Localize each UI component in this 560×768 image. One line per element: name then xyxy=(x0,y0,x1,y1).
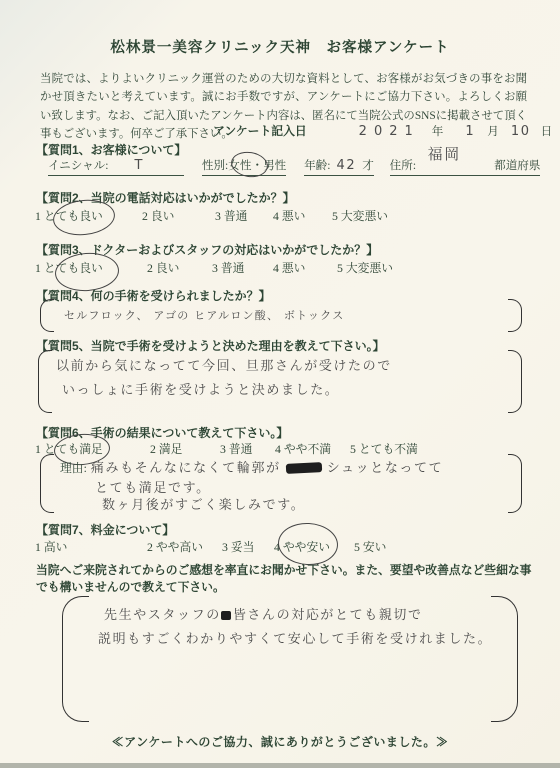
age-field: 年齢:42才 xyxy=(304,157,374,176)
q7-option-5: 5 安い xyxy=(354,538,386,555)
date-day-unit: 日 xyxy=(541,125,553,138)
q2-option-2: 2 良い xyxy=(142,207,174,224)
q6-reason-box: 理由: 痛みもそんなになくて輪郭がシュッとなってて とても満足です。 数ヶ月後が… xyxy=(40,454,522,513)
q6-reason-label: 理由: xyxy=(60,461,87,475)
address-value-handwritten: 福岡 xyxy=(428,143,461,164)
q5-left-bracket xyxy=(38,350,52,413)
q2-option-1: 1 とても良い xyxy=(35,207,103,224)
q6-reason-line3-handwritten: 数ヶ月後がすごく楽しみです。 xyxy=(102,494,305,513)
q7-heading: 【質問7、料金について】 xyxy=(36,521,174,538)
gender-label: 性別: xyxy=(202,159,228,172)
q4-answer-handwritten: セルフロック、 アゴの ヒアルロン酸、 ボトックス xyxy=(64,307,344,323)
address-label: 住所: xyxy=(390,159,416,172)
initial-field: イニシャル:T xyxy=(48,157,184,176)
q3-option-2: 2 良い xyxy=(147,259,179,276)
q3-heading: 【質問3、ドクターおよびスタッフの対応はいかがでしたか？】 xyxy=(36,241,378,258)
q2-option-4: 4 悪い xyxy=(273,207,305,224)
q5-answer-box: 以前から気になってて今回、旦那さんが受けたので いっしょに手術を受けようと決めま… xyxy=(38,350,522,413)
feedback-left-bracket xyxy=(62,596,89,722)
q6-left-bracket xyxy=(40,454,54,513)
q6-reason-line1b-handwritten: シュッとなってて xyxy=(327,461,444,476)
q2-options-row: 1 とても良い 2 良い 3 普通 4 悪い 5 大変悪い xyxy=(35,207,525,225)
q1-heading: 【質問1、お客様について】 xyxy=(36,141,186,158)
q3-option-5: 5 大変悪い xyxy=(337,259,393,276)
initial-label: イニシャル: xyxy=(48,159,109,172)
q1-fields-row: イニシャル:T 性別:女性・男性 年齢:42才 住所:都道府県 福岡 xyxy=(48,157,540,176)
date-label: アンケート記入日 xyxy=(213,124,307,138)
initial-value-handwritten: T xyxy=(135,158,145,173)
redaction-dot xyxy=(221,611,231,620)
survey-scan-page: 松林景一美容クリニック天神 お客様アンケート 当院では、よりよいクリニック運営の… xyxy=(0,0,560,768)
q5-answer-line1-handwritten: 以前から気になってて今回、旦那さんが受けたので xyxy=(56,355,392,374)
date-month-unit: 月 xyxy=(487,125,499,138)
q6-right-bracket xyxy=(508,454,522,513)
feedback-right-bracket xyxy=(491,596,518,722)
q6-heading: 【質問6、手術の結果について教えて下さい。】 xyxy=(36,424,288,441)
feedback-line1b-handwritten: 皆さんの対応がとても親切で xyxy=(233,608,423,623)
age-unit: 才 xyxy=(362,159,374,172)
page-title: 松林景一美容クリニック天神 お客様アンケート xyxy=(0,36,560,57)
q7-option-1: 1 高い xyxy=(35,538,67,555)
q2-heading: 【質問2、当院の電話対応はいかがでしたか？】 xyxy=(36,189,295,206)
q4-right-bracket xyxy=(508,299,522,332)
q2-option-5: 5 大変悪い xyxy=(332,207,388,224)
q6-reason-line1a-handwritten: 痛みもそんなになくて輪郭が xyxy=(91,461,281,476)
q7-option-4: 4 やや安い xyxy=(274,538,330,555)
q7-option-3: 3 妥当 xyxy=(222,538,254,555)
date-year-unit: 年 xyxy=(432,125,444,138)
date-row: アンケート記入日 2021 年 1 月 10 日 xyxy=(213,122,552,140)
q4-left-bracket xyxy=(40,299,54,332)
date-month-handwritten: 1 xyxy=(465,124,475,139)
scan-edge-artifact xyxy=(0,763,560,768)
q2-option-3: 3 普通 xyxy=(215,207,247,224)
age-label: 年齢: xyxy=(304,159,330,172)
feedback-prompt: 当院へご来院されてからのご感想を率直にお聞かせ下さい。また、要望や改善点など些細… xyxy=(36,562,536,596)
footer-thanks: ≪アンケートへのご協力、誠にありがとうございました。≫ xyxy=(0,733,560,750)
date-day-handwritten: 10 xyxy=(511,124,531,139)
q3-option-3: 3 普通 xyxy=(212,259,244,276)
q7-option-2: 2 やや高い xyxy=(147,538,203,555)
q3-option-1: 1 とても良い xyxy=(35,259,103,276)
q7-options-row: 1 高い 2 やや高い 3 妥当 4 やや安い 5 安い xyxy=(35,538,525,556)
q5-right-bracket xyxy=(508,350,522,413)
address-field: 住所:都道府県 福岡 xyxy=(390,157,541,176)
feedback-line2-handwritten: 説明もすごくわかりやすくて安心して手術を受けれました。 xyxy=(98,628,492,647)
date-year-handwritten: 2021 xyxy=(359,124,420,139)
gender-options: 女性・男性 xyxy=(228,159,286,172)
q3-option-4: 4 悪い xyxy=(273,259,305,276)
feedback-line1a-handwritten: 先生やスタッフの xyxy=(104,608,221,623)
q4-answer-box: セルフロック、 アゴの ヒアルロン酸、 ボトックス xyxy=(40,299,522,332)
address-unit: 都道府県 xyxy=(494,159,540,172)
feedback-answer-box: 先生やスタッフの皆さんの対応がとても親切で 説明もすごくわかりやすくて安心して手… xyxy=(62,596,518,722)
redaction-scribble xyxy=(285,462,321,474)
gender-field: 性別:女性・男性 xyxy=(202,157,286,176)
age-value-handwritten: 42 xyxy=(337,158,357,173)
q5-answer-line2-handwritten: いっしょに手術を受けようと決めました。 xyxy=(62,379,339,398)
q3-options-row: 1 とても良い 2 良い 3 普通 4 悪い 5 大変悪い xyxy=(35,259,525,277)
